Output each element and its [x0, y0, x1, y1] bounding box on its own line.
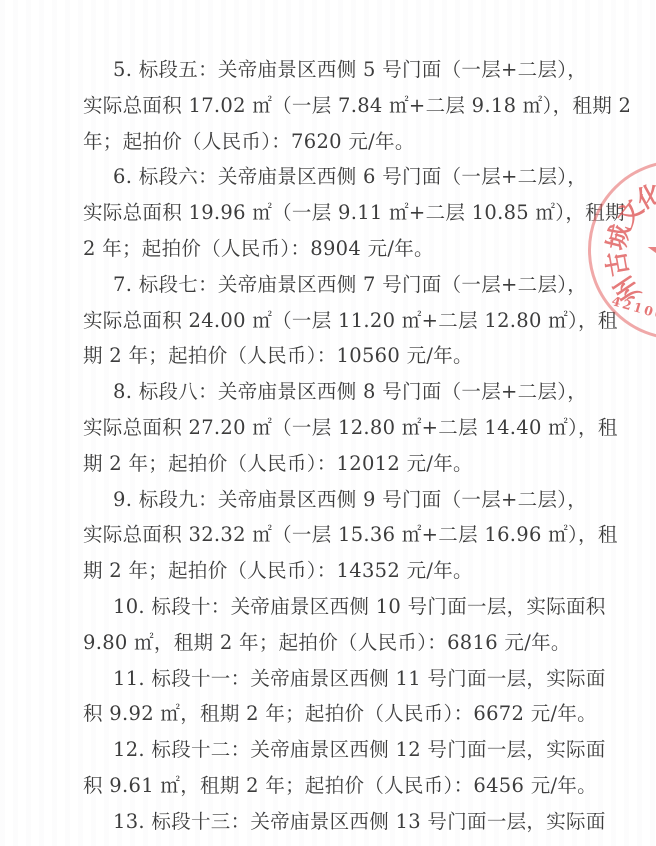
bid-item-paragraph: 5. 标段五：关帝庙景区西侧 5 号门面（一层+二层）， 实际总面积 17.02… [83, 52, 553, 159]
doc-line: 12. 标段十二：关帝庙景区西侧 12 号门面一层，实际面 [83, 732, 553, 768]
doc-line: 实际总面积 19.96 ㎡（一层 9.11 ㎡+二层 10.85 ㎡），租期 [83, 195, 553, 231]
doc-line: 实际总面积 32.32 ㎡（一层 15.36 ㎡+二层 16.96 ㎡），租 [83, 517, 553, 553]
doc-line: 实际总面积 24.00 ㎡（一层 11.20 ㎡+二层 12.80 ㎡），租 [83, 303, 553, 339]
doc-line: 11. 标段十一：关帝庙景区西侧 11 号门面一层，实际面 [83, 661, 553, 697]
doc-line: 实际总面积 27.20 ㎡（一层 12.80 ㎡+二层 14.40 ㎡），租 [83, 410, 553, 446]
doc-line: 9.80 ㎡，租期 2 年；起拍价（人民币）：6816 元/年。 [83, 625, 553, 661]
doc-line: 13. 标段十三：关帝庙景区西侧 13 号门面一层，实际面 [83, 804, 553, 840]
doc-line: 期 2 年；起拍价（人民币）：14352 元/年。 [83, 553, 553, 589]
scanned-document-page: 5. 标段五：关帝庙景区西侧 5 号门面（一层+二层）， 实际总面积 17.02… [0, 0, 656, 846]
doc-line: 10. 标段十：关帝庙景区西侧 10 号门面一层，实际面积 [83, 589, 553, 625]
doc-line: 实际总面积 17.02 ㎡（一层 7.84 ㎡+二层 9.18 ㎡），租期 2 [83, 88, 553, 124]
bid-item-paragraph: 6. 标段六：关帝庙景区西侧 6 号门面（一层+二层）， 实际总面积 19.96… [83, 159, 553, 266]
bid-item-paragraph: 13. 标段十三：关帝庙景区西侧 13 号门面一层，实际面 [83, 804, 553, 840]
bid-item-paragraph: 7. 标段七：关帝庙景区西侧 7 号门面（一层+二层）， 实际总面积 24.00… [83, 267, 553, 374]
doc-line: 8. 标段八：关帝庙景区西侧 8 号门面（一层+二层）， [83, 374, 553, 410]
bid-item-paragraph: 10. 标段十：关帝庙景区西侧 10 号门面一层，实际面积 9.80 ㎡，租期 … [83, 589, 553, 661]
doc-line: 7. 标段七：关帝庙景区西侧 7 号门面（一层+二层）， [83, 267, 553, 303]
bid-item-paragraph: 11. 标段十一：关帝庙景区西侧 11 号门面一层，实际面 积 9.92 ㎡，租… [83, 661, 553, 733]
document-body: 5. 标段五：关帝庙景区西侧 5 号门面（一层+二层）， 实际总面积 17.02… [83, 52, 553, 840]
doc-line: 6. 标段六：关帝庙景区西侧 6 号门面（一层+二层）， [83, 159, 553, 195]
doc-line: 9. 标段九：关帝庙景区西侧 9 号门面（一层+二层）， [83, 482, 553, 518]
doc-line: 期 2 年；起拍价（人民币）：10560 元/年。 [83, 338, 553, 374]
doc-line: 积 9.61 ㎡，租期 2 年；起拍价（人民币）：6456 元/年。 [83, 768, 553, 804]
doc-line: 期 2 年；起拍价（人民币）：12012 元/年。 [83, 446, 553, 482]
seal-star-icon: ★ [643, 218, 656, 292]
doc-line: 年；起拍价（人民币）：7620 元/年。 [83, 124, 553, 160]
doc-line: 积 9.92 ㎡，租期 2 年；起拍价（人民币）：6672 元/年。 [83, 696, 553, 732]
bid-item-paragraph: 9. 标段九：关帝庙景区西侧 9 号门面（一层+二层）， 实际总面积 32.32… [83, 482, 553, 589]
bid-item-paragraph: 8. 标段八：关帝庙景区西侧 8 号门面（一层+二层）， 实际总面积 27.20… [83, 374, 553, 481]
doc-line: 2 年；起拍价（人民币）：8904 元/年。 [83, 231, 553, 267]
bid-item-paragraph: 12. 标段十二：关帝庙景区西侧 12 号门面一层，实际面 积 9.61 ㎡，租… [83, 732, 553, 804]
doc-line: 5. 标段五：关帝庙景区西侧 5 号门面（一层+二层）， [83, 52, 553, 88]
